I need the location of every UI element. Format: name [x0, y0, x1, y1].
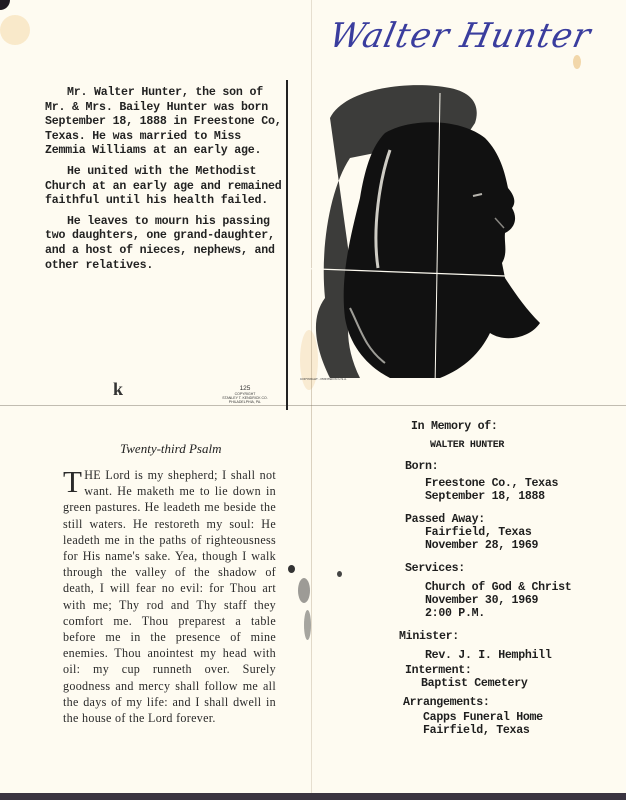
obituary-paragraph: He leaves to mourn his passing two daugh… — [45, 215, 285, 273]
minister-name: Rev. J. I. Hemphill — [425, 649, 620, 662]
memorial-details: In Memory of: WALTER HUNTER Born: Freest… — [405, 420, 620, 737]
obituary-paragraph: Mr. Walter Hunter, the son of Mr. & Mrs.… — [45, 86, 285, 159]
handwritten-signature: Walter Hunter — [326, 16, 595, 56]
portrait-image — [290, 78, 560, 388]
minister-label: Minister: — [399, 630, 620, 643]
ink-smudge — [337, 571, 342, 577]
funeral-home: Capps Funeral Home — [423, 711, 620, 724]
print-number: 125 — [215, 385, 275, 392]
interment-place: Baptist Cemetery — [421, 677, 620, 690]
born-place: Freestone Co., Texas — [425, 477, 620, 490]
funeral-program-page: Walter Hunter Mr. Walter Hunter, the son… — [0, 0, 626, 793]
funeral-home-city: Fairfield, Texas — [423, 724, 620, 737]
ink-smudge — [298, 578, 310, 603]
psalm-body: HE Lord is my shepherd; I shall not want… — [63, 468, 276, 725]
psalm-title: Twenty-third Psalm — [120, 441, 221, 457]
services-place: Church of God & Christ — [425, 581, 620, 594]
obituary-text: Mr. Walter Hunter, the son of Mr. & Mrs.… — [45, 86, 285, 279]
paper-stain — [573, 55, 581, 69]
psalm-text: THE Lord is my shepherd; I shall not wan… — [63, 467, 276, 726]
horizontal-fold-line — [0, 405, 626, 406]
page-corner-shadow — [0, 0, 10, 10]
ink-smudge — [304, 610, 311, 640]
born-date: September 18, 1888 — [425, 490, 620, 503]
arrangements-label: Arrangements: — [403, 696, 620, 709]
psalm-dropcap: T — [63, 469, 82, 495]
services-date: November 30, 1969 — [425, 594, 620, 607]
memorial-heading: In Memory of: — [411, 420, 620, 433]
portrait-caption: COPYRIGHT - PRINTED IN U.S.A. — [300, 377, 347, 381]
passed-label: Passed Away: — [405, 513, 620, 526]
printer-logo: k — [113, 379, 123, 400]
page-cut-line — [286, 80, 288, 410]
paper-stain — [0, 15, 30, 45]
deceased-name: WALTER HUNTER — [430, 439, 620, 452]
ink-smudge — [288, 565, 295, 573]
services-time: 2:00 P.M. — [425, 607, 620, 620]
scan-bottom-edge — [0, 793, 626, 800]
obituary-paragraph: He united with the Methodist Church at a… — [45, 165, 285, 209]
passed-place: Fairfield, Texas — [425, 526, 620, 539]
interment-label: Interment: — [405, 664, 620, 677]
printer-info: 125 COPYRIGHT STANLEY T. KENDRICK CO. PH… — [215, 385, 275, 404]
passed-date: November 28, 1969 — [425, 539, 620, 552]
services-label: Services: — [405, 562, 620, 575]
publisher-line: PHILADELPHIA, PA. — [215, 400, 275, 404]
born-label: Born: — [405, 460, 620, 473]
